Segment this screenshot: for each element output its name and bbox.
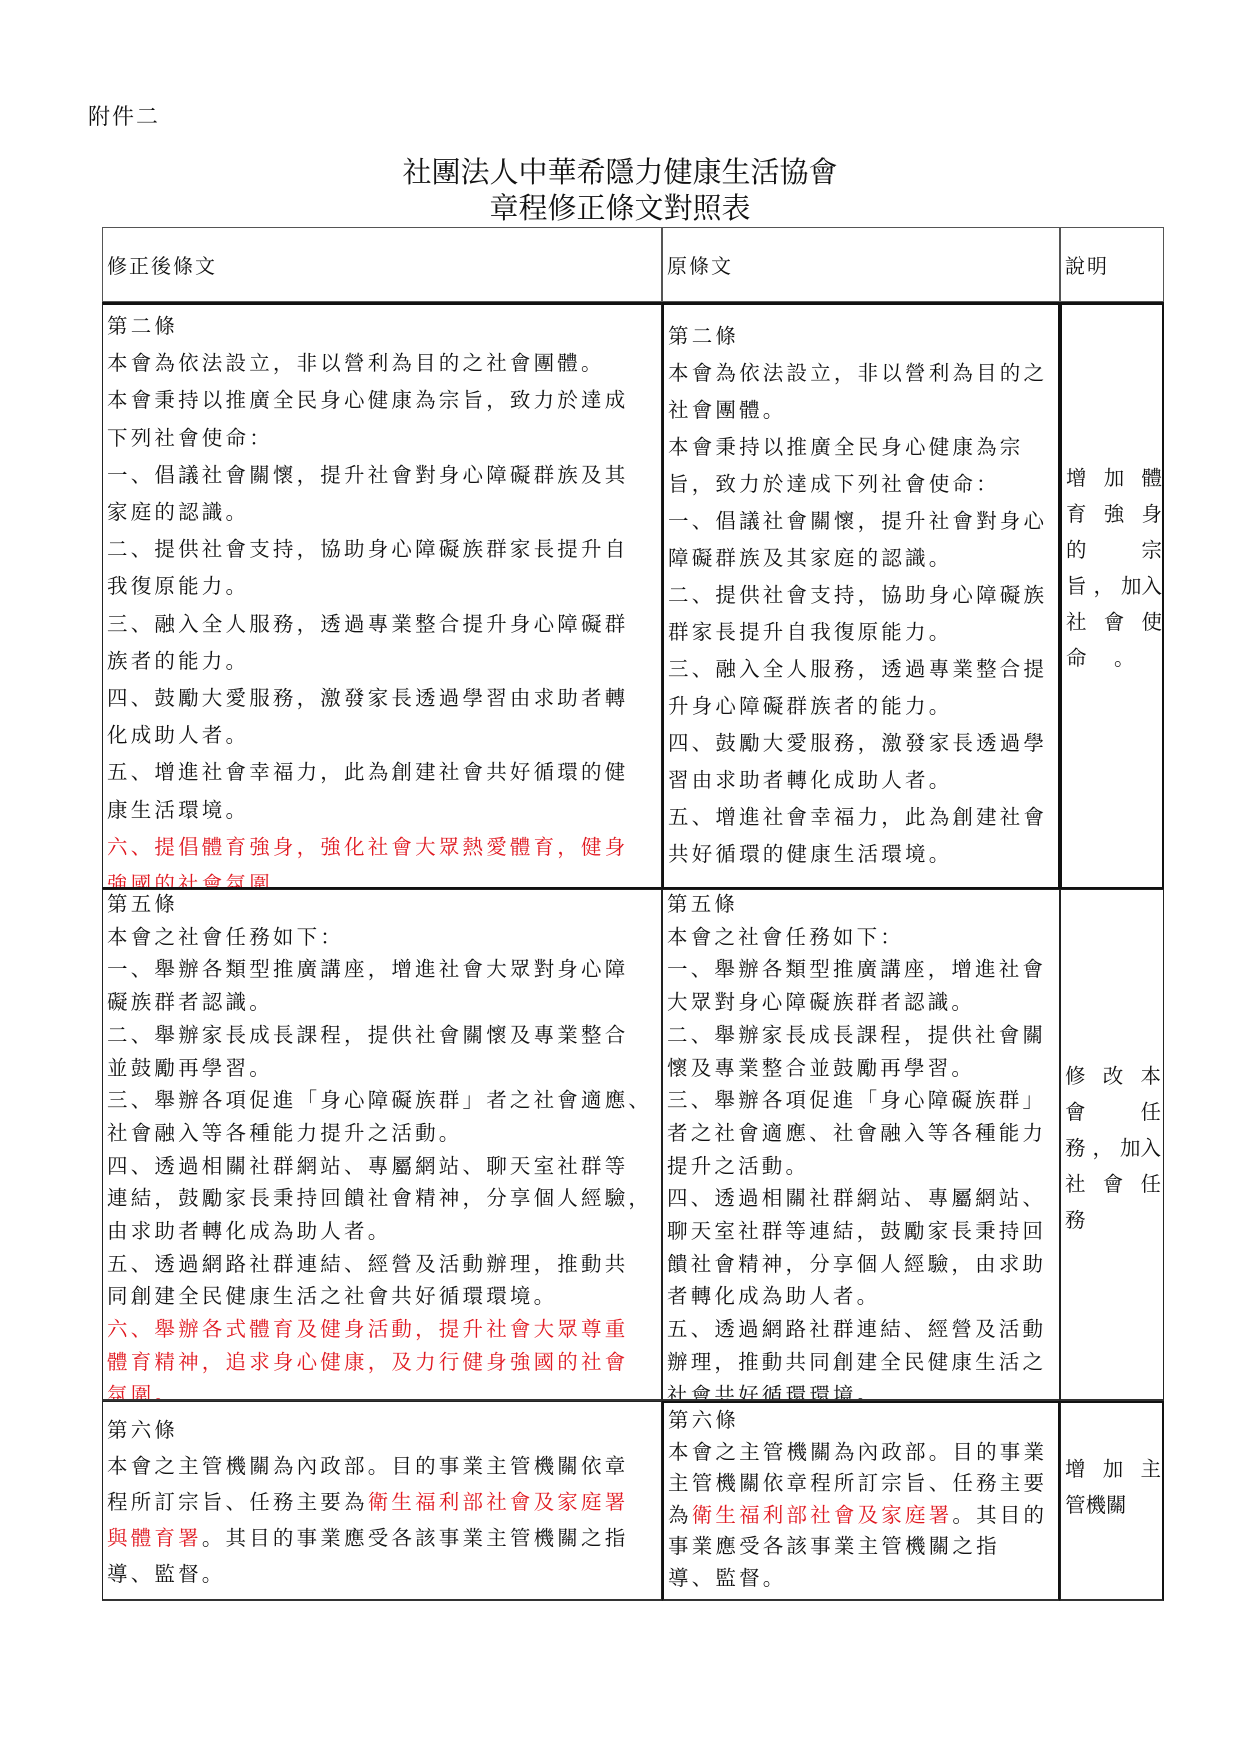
explanation-char: 宗 bbox=[1142, 532, 1163, 568]
text-line: 本會秉持以推廣全民身心健康為宗 bbox=[668, 429, 1056, 466]
revised-text: 第五條本會之社會任務如下：一、舉辦各類型推廣講座，增進社會大眾對身心障礙族群者認… bbox=[107, 889, 659, 1401]
text-line: 三、舉辦各項促進「身心障礙族群」者之社會適應、 bbox=[107, 1084, 659, 1117]
amended-text: 與體育署 bbox=[107, 1526, 202, 1550]
explanation-line: 管機關 bbox=[1065, 1487, 1161, 1523]
text-segment: 。其目的事業應受各該事業主管機關之指 bbox=[202, 1526, 629, 1550]
explanation-char: 的 bbox=[1066, 532, 1087, 568]
text-line: 二、舉辦家長成長課程，提供社會關 bbox=[667, 1019, 1057, 1052]
text-line: 本會秉持以推廣全民身心健康為宗旨，致力於達成 bbox=[107, 382, 659, 419]
text-line: 本會為依法設立，非以營利為目的之社會團體。 bbox=[107, 345, 659, 382]
text-line: 五、透過網路社群連結、經營及活動辦理，推動共 bbox=[107, 1248, 659, 1281]
explanation-char: 會 bbox=[1103, 1166, 1124, 1202]
revised-text-cell: 第六條本會之主管機關為內政部。目的事業主管機關依章程所訂宗旨、任務主要為衛生福利… bbox=[102, 1401, 662, 1601]
revised-text-cell: 第二條本會為依法設立，非以營利為目的之社會團體。本會秉持以推廣全民身心健康為宗旨… bbox=[102, 302, 662, 889]
explanation-char: 會 bbox=[1065, 1094, 1086, 1130]
explanation-char: 。 bbox=[1114, 640, 1135, 676]
text-line: 本會之主管機關為內政部。目的事業主管機關依章 bbox=[107, 1448, 659, 1484]
explanation-line: 命。 bbox=[1066, 640, 1162, 676]
table-row-article-2: 第二條本會為依法設立，非以營利為目的之社會團體。本會秉持以推廣全民身心健康為宗旨… bbox=[102, 302, 1164, 889]
text-line: 礙族群者認識。 bbox=[107, 986, 659, 1019]
text-segment: 事業應受各該事業主管機關之指 bbox=[668, 1534, 1000, 1558]
text-line: 懷及專業整合並鼓勵再學習。 bbox=[667, 1052, 1057, 1085]
text-line: 二、舉辦家長成長課程，提供社會關懷及專業整合 bbox=[107, 1019, 659, 1052]
text-line: 由求助者轉化成為助人者。 bbox=[107, 1215, 659, 1248]
text-segment: 導、監督。 bbox=[668, 1566, 787, 1590]
text-line: 家庭的認識。 bbox=[107, 494, 659, 531]
amended-text: 衛生福利部社會及家庭署 bbox=[692, 1503, 953, 1527]
text-line: 四、透過相關社群網站、專屬網站、 bbox=[667, 1182, 1057, 1215]
text-line: 四、透過相關社群網站、專屬網站、聊天室社群等 bbox=[107, 1150, 659, 1183]
explanation-char: 命 bbox=[1066, 640, 1087, 676]
text-line: 與體育署。其目的事業應受各該事業主管機關之指 bbox=[107, 1520, 659, 1556]
text-segment: 本會之主管機關為內政部。目的事業主管機關依章 bbox=[107, 1454, 628, 1478]
revised-text-cell: 第五條本會之社會任務如下：一、舉辦各類型推廣講座，增進社會大眾對身心障礙族群者認… bbox=[102, 889, 662, 1401]
amended-text-line: 六、舉辦各式體育及健身活動，提升社會大眾尊重 bbox=[107, 1313, 659, 1346]
explanation-line: 增加體 bbox=[1066, 460, 1162, 496]
original-text-cell: 第五條本會之社會任務如下：一、舉辦各類型推廣講座，增進社會大眾對身心障礙族群者認… bbox=[662, 889, 1060, 1401]
text-segment: 本會之主管機關為內政部。目的事業 bbox=[668, 1440, 1047, 1464]
text-line: 三、融入全人服務，透過專業整合提升身心障礙群 bbox=[107, 606, 659, 643]
text-line: 一、舉辦各類型推廣講座，增進社會 bbox=[667, 953, 1057, 986]
explanation-line: 增加主 bbox=[1065, 1451, 1161, 1487]
explanation-char: 本 bbox=[1141, 1058, 1162, 1094]
original-text-cell: 第二條本會為依法設立，非以營利為目的之社會團體。本會秉持以推廣全民身心健康為宗旨… bbox=[662, 302, 1060, 889]
explanation-line: 務 bbox=[1065, 1202, 1161, 1238]
header-label: 修正後條文 bbox=[107, 250, 217, 279]
text-line: 程所訂宗旨、任務主要為衛生福利部社會及家庭署 bbox=[107, 1484, 659, 1520]
explanation-char: ， bbox=[1093, 1130, 1114, 1166]
text-line: 五、透過網路社群連結、經營及活動 bbox=[667, 1313, 1057, 1346]
explanation-char: 務 bbox=[1065, 1202, 1086, 1238]
explanation-char: 任 bbox=[1141, 1166, 1162, 1202]
explanation-text: 增加主管機關 bbox=[1065, 1451, 1161, 1523]
header-cell-original: 原條文 bbox=[662, 227, 1060, 302]
text-line: 五、增進社會幸福力，此為創建社會共好循環的健 bbox=[107, 754, 659, 791]
explanation-cell: 修改本會任務，加入社會任務 bbox=[1060, 889, 1164, 1401]
text-line: 共好循環的健康生活環境。 bbox=[668, 836, 1056, 873]
explanation-char: 管機關 bbox=[1065, 1487, 1127, 1523]
amended-text-line: 體育精神，追求身心健康，及力行健身強國的社會 bbox=[107, 1346, 659, 1379]
explanation-char: 增 bbox=[1066, 460, 1087, 496]
text-segment: 程所訂宗旨、任務主要為 bbox=[107, 1490, 368, 1514]
text-line: 本會之主管機關為內政部。目的事業 bbox=[668, 1437, 1056, 1469]
revised-text: 第二條本會為依法設立，非以營利為目的之社會團體。本會秉持以推廣全民身心健康為宗旨… bbox=[107, 308, 659, 889]
explanation-line: 旨，加入 bbox=[1066, 568, 1162, 604]
explanation-cell: 增加體育強身的宗旨，加入社會使命。 bbox=[1060, 302, 1164, 889]
comparison-table: 修正後條文 原條文 說明 第二條本會為依法設立，非以營利為目的之社會團體。本會秉… bbox=[102, 227, 1164, 1601]
text-line: 辦理，推動共同創建全民健康生活之 bbox=[667, 1346, 1057, 1379]
amended-text: 衛生福利部社會及家庭署 bbox=[368, 1490, 629, 1514]
text-line: 大眾對身心障礙族群者認識。 bbox=[667, 986, 1057, 1019]
explanation-char: 體 bbox=[1142, 460, 1163, 496]
text-line: 下列社會使命： bbox=[107, 420, 659, 457]
original-text-cell: 第六條本會之主管機關為內政部。目的事業主管機關依章程所訂宗旨、任務主要為衛生福利… bbox=[662, 1401, 1060, 1601]
text-line: 第六條 bbox=[668, 1405, 1056, 1437]
explanation-line: 育強身 bbox=[1066, 496, 1162, 532]
explanation-char: 加入 bbox=[1120, 1130, 1161, 1166]
text-line: 第五條 bbox=[107, 889, 659, 921]
explanation-char: 育 bbox=[1066, 496, 1087, 532]
text-segment: 主管機關依章程所訂宗旨、任務主要 bbox=[668, 1471, 1047, 1495]
explanation-text: 增加體育強身的宗旨，加入社會使命。 bbox=[1066, 460, 1162, 676]
text-line: 三、舉辦各項促進「身心障礙族群」 bbox=[667, 1084, 1057, 1117]
explanation-char: 改 bbox=[1103, 1058, 1124, 1094]
explanation-char: 加 bbox=[1104, 460, 1125, 496]
table-row-article-5: 第五條本會之社會任務如下：一、舉辦各類型推廣講座，增進社會大眾對身心障礙族群者認… bbox=[102, 889, 1164, 1401]
explanation-line: 社會使 bbox=[1066, 604, 1162, 640]
explanation-line: 修改本 bbox=[1065, 1058, 1161, 1094]
text-line: 一、舉辦各類型推廣講座，增進社會大眾對身心障 bbox=[107, 953, 659, 986]
text-line: 第六條 bbox=[107, 1412, 659, 1448]
explanation-char: 使 bbox=[1142, 604, 1163, 640]
text-line: 二、提供社會支持，協助身心障礙族 bbox=[668, 577, 1056, 614]
header-label: 說明 bbox=[1065, 250, 1109, 279]
text-line: 同創建全民健康生活之社會共好循環環境。 bbox=[107, 1280, 659, 1313]
document-subtitle: 章程修正條文對照表 bbox=[0, 190, 1240, 226]
explanation-cell: 增加主管機關 bbox=[1060, 1401, 1164, 1601]
header-label: 原條文 bbox=[667, 250, 733, 279]
text-line: 導、監督。 bbox=[668, 1563, 1056, 1595]
table-row-article-6: 第六條本會之主管機關為內政部。目的事業主管機關依章程所訂宗旨、任務主要為衛生福利… bbox=[102, 1401, 1164, 1601]
text-line: 習由求助者轉化成助人者。 bbox=[668, 762, 1056, 799]
text-line: 主管機關依章程所訂宗旨、任務主要 bbox=[668, 1468, 1056, 1500]
explanation-line: 務，加入 bbox=[1065, 1130, 1161, 1166]
text-line: 一、倡議社會關懷，提升社會對身心障礙群族及其 bbox=[107, 457, 659, 494]
text-line: 三、融入全人服務，透過專業整合提 bbox=[668, 651, 1056, 688]
text-line: 本會之社會任務如下： bbox=[107, 921, 659, 954]
text-line: 為衛生福利部社會及家庭署。其目的 bbox=[668, 1500, 1056, 1532]
text-segment: 導、監督。 bbox=[107, 1562, 226, 1586]
explanation-char: 身 bbox=[1142, 496, 1163, 532]
text-line: 化成助人者。 bbox=[107, 717, 659, 754]
revised-text: 第六條本會之主管機關為內政部。目的事業主管機關依章程所訂宗旨、任務主要為衛生福利… bbox=[107, 1412, 659, 1592]
text-segment: 為 bbox=[668, 1503, 692, 1527]
text-segment: 第六條 bbox=[107, 1418, 178, 1442]
text-line: 社會共好循環環境。 bbox=[667, 1379, 1057, 1401]
explanation-char: 主 bbox=[1141, 1451, 1162, 1487]
text-line: 群家長提升自我復原能力。 bbox=[668, 614, 1056, 651]
text-line: 旨，致力於達成下列社會使命： bbox=[668, 466, 1056, 503]
text-line: 導、監督。 bbox=[107, 1556, 659, 1592]
text-line: 第二條 bbox=[668, 318, 1056, 355]
explanation-char: 加入 bbox=[1121, 568, 1162, 604]
explanation-char: 任 bbox=[1141, 1094, 1162, 1130]
text-line: 第五條 bbox=[667, 889, 1057, 921]
original-text: 第五條本會之社會任務如下：一、舉辦各類型推廣講座，增進社會大眾對身心障礙族群者認… bbox=[667, 889, 1057, 1401]
explanation-char: 會 bbox=[1104, 604, 1125, 640]
text-line: 者轉化成為助人者。 bbox=[667, 1280, 1057, 1313]
text-line: 社會融入等各種能力提升之活動。 bbox=[107, 1117, 659, 1150]
header-cell-revised: 修正後條文 bbox=[102, 227, 662, 302]
explanation-char: 社 bbox=[1066, 604, 1087, 640]
text-line: 第二條 bbox=[107, 308, 659, 345]
amended-text-line: 強國的社會氛圍。 bbox=[107, 866, 659, 889]
annex-label: 附件二 bbox=[88, 100, 160, 131]
text-line: 本會為依法設立，非以營利為目的之 bbox=[668, 355, 1056, 392]
text-line: 者之社會適應、社會融入等各種能力 bbox=[667, 1117, 1057, 1150]
text-line: 連結，鼓勵家長秉持回饋社會精神，分享個人經驗， bbox=[107, 1182, 659, 1215]
text-line: 事業應受各該事業主管機關之指 bbox=[668, 1531, 1056, 1563]
text-line: 升身心障礙群族者的能力。 bbox=[668, 688, 1056, 725]
explanation-char: 增 bbox=[1065, 1451, 1086, 1487]
explanation-line: 的宗 bbox=[1066, 532, 1162, 568]
explanation-char: 強 bbox=[1104, 496, 1125, 532]
explanation-line: 社會任 bbox=[1065, 1166, 1161, 1202]
text-segment: 第六條 bbox=[668, 1408, 739, 1432]
document-title: 社團法人中華希隱力健康生活協會 bbox=[0, 154, 1240, 190]
text-line: 二、提供社會支持，協助身心障礙族群家長提升自 bbox=[107, 531, 659, 568]
explanation-line: 會任 bbox=[1065, 1094, 1161, 1130]
text-line: 四、鼓勵大愛服務，激發家長透過學 bbox=[668, 725, 1056, 762]
original-text: 第二條本會為依法設立，非以營利為目的之社會團體。本會秉持以推廣全民身心健康為宗旨… bbox=[668, 318, 1056, 873]
text-line: 四、鼓勵大愛服務，激發家長透過學習由求助者轉 bbox=[107, 680, 659, 717]
text-line: 本會之社會任務如下： bbox=[667, 921, 1057, 954]
text-line: 聊天室社群等連結，鼓勵家長秉持回 bbox=[667, 1215, 1057, 1248]
explanation-char: 社 bbox=[1065, 1166, 1086, 1202]
explanation-text: 修改本會任務，加入社會任務 bbox=[1065, 1058, 1161, 1238]
text-line: 饋社會精神，分享個人經驗，由求助 bbox=[667, 1248, 1057, 1281]
explanation-char: 務 bbox=[1065, 1130, 1086, 1166]
text-line: 提升之活動。 bbox=[667, 1150, 1057, 1183]
explanation-char: 旨 bbox=[1066, 568, 1087, 604]
text-segment: 。其目的 bbox=[952, 1503, 1047, 1527]
text-line: 一、倡議社會關懷，提升社會對身心 bbox=[668, 503, 1056, 540]
header-cell-explanation: 說明 bbox=[1060, 227, 1164, 302]
explanation-char: ， bbox=[1094, 568, 1115, 604]
explanation-char: 修 bbox=[1065, 1058, 1086, 1094]
text-line: 障礙群族及其家庭的認識。 bbox=[668, 540, 1056, 577]
amended-text-line: 六、提倡體育強身，強化社會大眾熱愛體育，健身 bbox=[107, 829, 659, 866]
text-line: 社會團體。 bbox=[668, 392, 1056, 429]
text-line: 並鼓勵再學習。 bbox=[107, 1052, 659, 1085]
table-header-row: 修正後條文 原條文 說明 bbox=[102, 227, 1164, 302]
text-line: 康生活環境。 bbox=[107, 792, 659, 829]
amended-text-line: 氛圍。 bbox=[107, 1379, 659, 1401]
explanation-char: 加 bbox=[1103, 1451, 1124, 1487]
original-text: 第六條本會之主管機關為內政部。目的事業主管機關依章程所訂宗旨、任務主要為衛生福利… bbox=[668, 1405, 1056, 1595]
text-line: 我復原能力。 bbox=[107, 568, 659, 605]
text-line: 五、增進社會幸福力，此為創建社會 bbox=[668, 799, 1056, 836]
text-line: 族者的能力。 bbox=[107, 643, 659, 680]
